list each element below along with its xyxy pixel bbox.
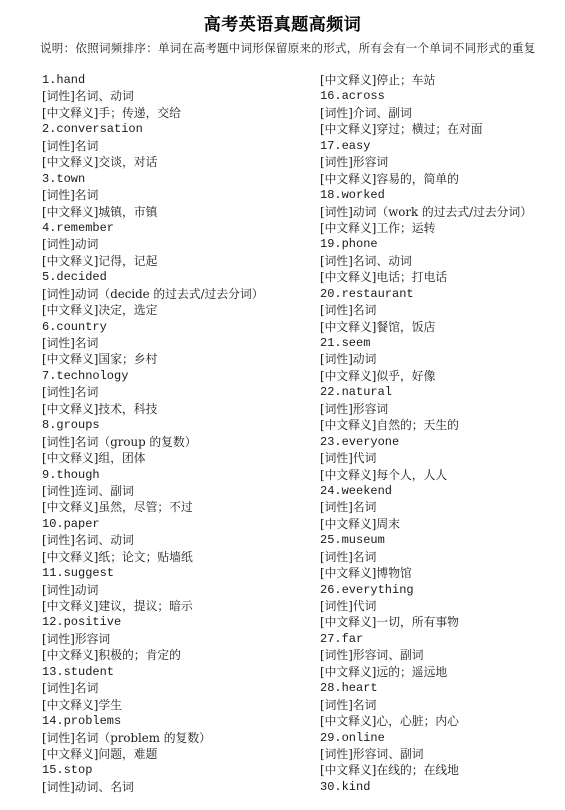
chinese-meaning-line: [中文释义]餐馆，饭店 [320,319,565,335]
chinese-meaning-line: [中文释义]技术，科技 [42,401,302,417]
vocab-word: 7.technology [42,368,302,384]
vocab-word: 10.paper [42,516,302,532]
part-of-speech-line: [词性]名词、动词 [42,88,302,104]
part-of-speech-line: [词性]代词 [320,450,565,466]
chinese-meaning-line: [中文释义]博物馆 [320,565,565,581]
page-title: 高考英语真题高频词 [0,10,565,35]
chinese-meaning-line: [中文释义]国家；乡村 [42,351,302,367]
vocab-word: 5.decided [42,269,302,285]
vocab-word: 22.natural [320,384,565,400]
vocab-word: 6.country [42,319,302,335]
chinese-meaning-line: [中文释义]自然的；天生的 [320,417,565,433]
part-of-speech-line: [词性]形容词 [320,154,565,170]
part-of-speech-line: [词性]动词、名词 [42,779,302,795]
part-of-speech-line: [词性]名词、动词 [320,253,565,269]
chinese-meaning-line: [中文释义]手；传递，交给 [42,105,302,121]
vocab-word: 25.museum [320,532,565,548]
vocab-word: 3.town [42,171,302,187]
vocab-word: 27.far [320,631,565,647]
chinese-meaning-line: [中文释义]问题，难题 [42,746,302,762]
chinese-meaning-line: [中文释义]学生 [42,697,302,713]
chinese-meaning-line: [中文释义]虽然，尽管；不过 [42,499,302,515]
vocab-word: 17.easy [320,138,565,154]
vocab-word: 20.restaurant [320,286,565,302]
part-of-speech-line: [词性]形容词 [320,401,565,417]
vocab-word: 16.across [320,88,565,104]
part-of-speech-line: [词性]动词（decide 的过去式/过去分词） [42,286,302,302]
chinese-meaning-line: [中文释义]每个人，人人 [320,467,565,483]
right-column: [中文释义]停止；车站16.across[词性]介词、副词[中文释义]穿过；横过… [320,72,565,795]
part-of-speech-line: [词性]名词 [42,384,302,400]
part-of-speech-line: [词性]介词、副词 [320,105,565,121]
vocab-word: 28.heart [320,680,565,696]
chinese-meaning-line: [中文释义]停止；车站 [320,72,565,88]
vocab-word: 1.hand [42,72,302,88]
part-of-speech-line: [词性]名词（problem 的复数） [42,730,302,746]
chinese-meaning-line: [中文释义]组，团体 [42,450,302,466]
part-of-speech-line: [词性]连词、副词 [42,483,302,499]
vocab-word: 23.everyone [320,434,565,450]
vocab-word: 2.conversation [42,121,302,137]
part-of-speech-line: [词性]名词 [42,680,302,696]
chinese-meaning-line: [中文释义]建议，提议；暗示 [42,598,302,614]
left-column: 1.hand[词性]名词、动词[中文释义]手；传递，交给2.conversati… [42,72,302,795]
chinese-meaning-line: [中文释义]穿过；横过；在对面 [320,121,565,137]
part-of-speech-line: [词性]名词（group 的复数） [42,434,302,450]
vocab-word: 18.worked [320,187,565,203]
part-of-speech-line: [词性]名词 [42,138,302,154]
chinese-meaning-line: [中文释义]周末 [320,516,565,532]
part-of-speech-line: [词性]名词 [320,697,565,713]
part-of-speech-line: [词性]动词 [42,582,302,598]
part-of-speech-line: [词性]动词 [42,236,302,252]
vocab-word: 8.groups [42,417,302,433]
part-of-speech-line: [词性]名词 [42,187,302,203]
part-of-speech-line: [词性]名词 [320,499,565,515]
chinese-meaning-line: [中文释义]决定，选定 [42,302,302,318]
vocab-word: 14.problems [42,713,302,729]
chinese-meaning-line: [中文释义]记得，记起 [42,253,302,269]
part-of-speech-line: [词性]形容词、副词 [320,746,565,762]
chinese-meaning-line: [中文释义]工作；运转 [320,220,565,236]
vocab-word: 29.online [320,730,565,746]
chinese-meaning-line: [中文释义]似乎，好像 [320,368,565,384]
chinese-meaning-line: [中文释义]在线的；在线地 [320,762,565,778]
chinese-meaning-line: [中文释义]一切，所有事物 [320,614,565,630]
vocab-word: 30.kind [320,779,565,795]
chinese-meaning-line: [中文释义]城镇，市镇 [42,204,302,220]
vocab-word: 11.suggest [42,565,302,581]
chinese-meaning-line: [中文释义]容易的，简单的 [320,171,565,187]
chinese-meaning-line: [中文释义]交谈，对话 [42,154,302,170]
part-of-speech-line: [词性]动词 [320,351,565,367]
intro-note: 说明：依照词频排序：单词在高考题中词形保留原来的形式，所有会有一个单词不同形式的… [18,40,553,57]
vocab-word: 12.positive [42,614,302,630]
part-of-speech-line: [词性]代词 [320,598,565,614]
chinese-meaning-line: [中文释义]远的；遥远地 [320,664,565,680]
vocab-word: 19.phone [320,236,565,252]
part-of-speech-line: [词性]名词 [42,335,302,351]
vocab-word: 9.though [42,467,302,483]
vocab-word: 4.remember [42,220,302,236]
part-of-speech-line: [词性]动词（work 的过去式/过去分词） [320,204,565,220]
vocab-word: 24.weekend [320,483,565,499]
part-of-speech-line: [词性]名词、动词 [42,532,302,548]
vocab-word: 13.student [42,664,302,680]
part-of-speech-line: [词性]形容词 [42,631,302,647]
chinese-meaning-line: [中文释义]纸；论文；贴墙纸 [42,549,302,565]
vocab-word: 15.stop [42,762,302,778]
part-of-speech-line: [词性]名词 [320,302,565,318]
vocab-word: 26.everything [320,582,565,598]
chinese-meaning-line: [中文释义]电话；打电话 [320,269,565,285]
chinese-meaning-line: [中文释义]心，心脏；内心 [320,713,565,729]
vocab-word: 21.seem [320,335,565,351]
part-of-speech-line: [词性]名词 [320,549,565,565]
part-of-speech-line: [词性]形容词、副词 [320,647,565,663]
chinese-meaning-line: [中文释义]积极的；肯定的 [42,647,302,663]
